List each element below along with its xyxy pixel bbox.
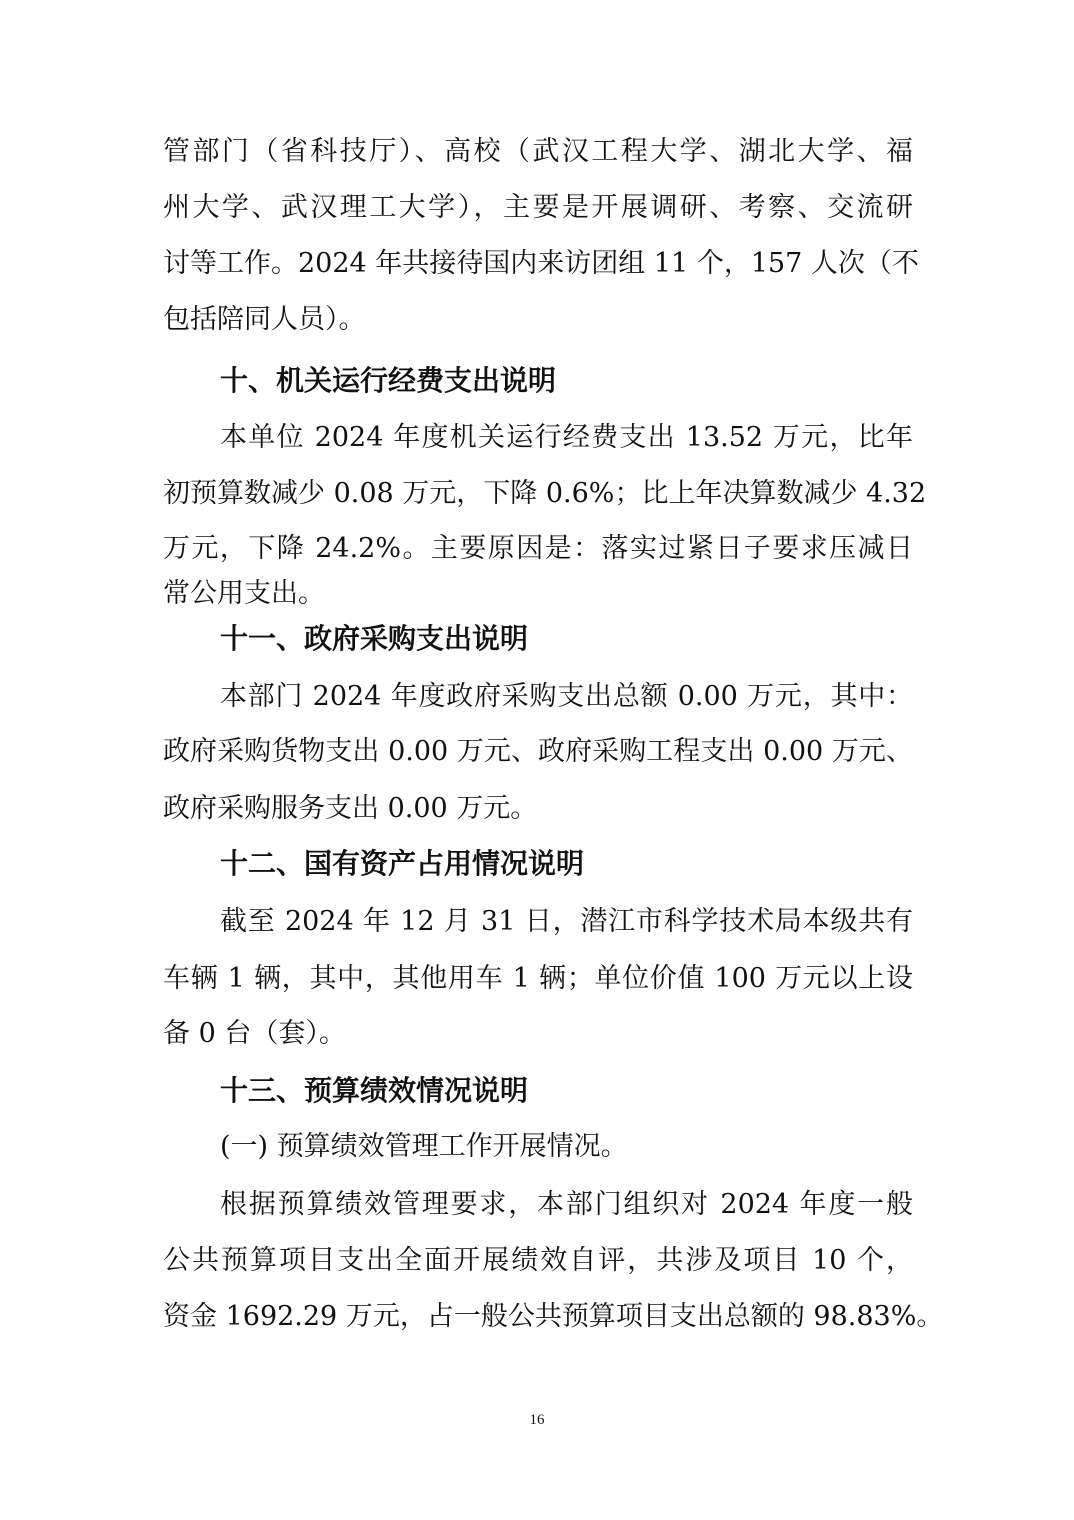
section-heading: 十一、政府采购支出说明 xyxy=(220,621,528,657)
paragraph-line: 公共预算项目支出全面开展绩效自评，共涉及项目 10 个， xyxy=(163,1243,913,1279)
paragraph-line: 本单位 2024 年度机关运行经费支出 13.52 万元，比年 xyxy=(220,420,913,456)
paragraph-line: 管部门（省科技厅）、高校（武汉工程大学、湖北大学、福 xyxy=(163,134,913,170)
paragraph-line: 资金 1692.29 万元，占一般公共预算项目支出总额的 98.83%。 xyxy=(163,1299,913,1335)
paragraph-line: 政府采购服务支出 0.00 万元。 xyxy=(163,791,913,827)
document-page: 管部门（省科技厅）、高校（武汉工程大学、湖北大学、福 州大学、武汉理工大学），主… xyxy=(0,0,1074,1520)
page-number: 16 xyxy=(0,1412,1074,1429)
paragraph-line: 包括陪同人员）。 xyxy=(163,302,913,338)
paragraph-line: 本部门 2024 年度政府采购支出总额 0.00 万元，其中： xyxy=(220,679,913,715)
paragraph-line: 常公用支出。 xyxy=(163,576,913,612)
paragraph-line: 备 0 台（套）。 xyxy=(163,1016,913,1052)
section-heading: 十三、预算绩效情况说明 xyxy=(220,1073,528,1109)
paragraph-line: 车辆 1 辆，其中，其他用车 1 辆；单位价值 100 万元以上设 xyxy=(163,961,913,997)
subsection-heading: (一) 预算绩效管理工作开展情况。 xyxy=(220,1129,628,1165)
paragraph-line: 政府采购货物支出 0.00 万元、政府采购工程支出 0.00 万元、 xyxy=(163,734,913,770)
section-heading: 十、机关运行经费支出说明 xyxy=(220,363,556,399)
section-heading: 十二、国有资产占用情况说明 xyxy=(220,846,584,882)
paragraph-line: 州大学、武汉理工大学），主要是开展调研、考察、交流研 xyxy=(163,190,913,226)
paragraph-line: 讨等工作。2024 年共接待国内来访团组 11 个，157 人次（不 xyxy=(163,246,913,282)
paragraph-line: 截至 2024 年 12 月 31 日，潜江市科学技术局本级共有 xyxy=(220,904,913,940)
paragraph-line: 根据预算绩效管理要求，本部门组织对 2024 年度一般 xyxy=(220,1187,913,1223)
paragraph-line: 万元，下降 24.2%。主要原因是：落实过紧日子要求压减日 xyxy=(163,531,913,567)
paragraph-line: 初预算数减少 0.08 万元，下降 0.6%；比上年决算数减少 4.32 xyxy=(163,476,913,512)
